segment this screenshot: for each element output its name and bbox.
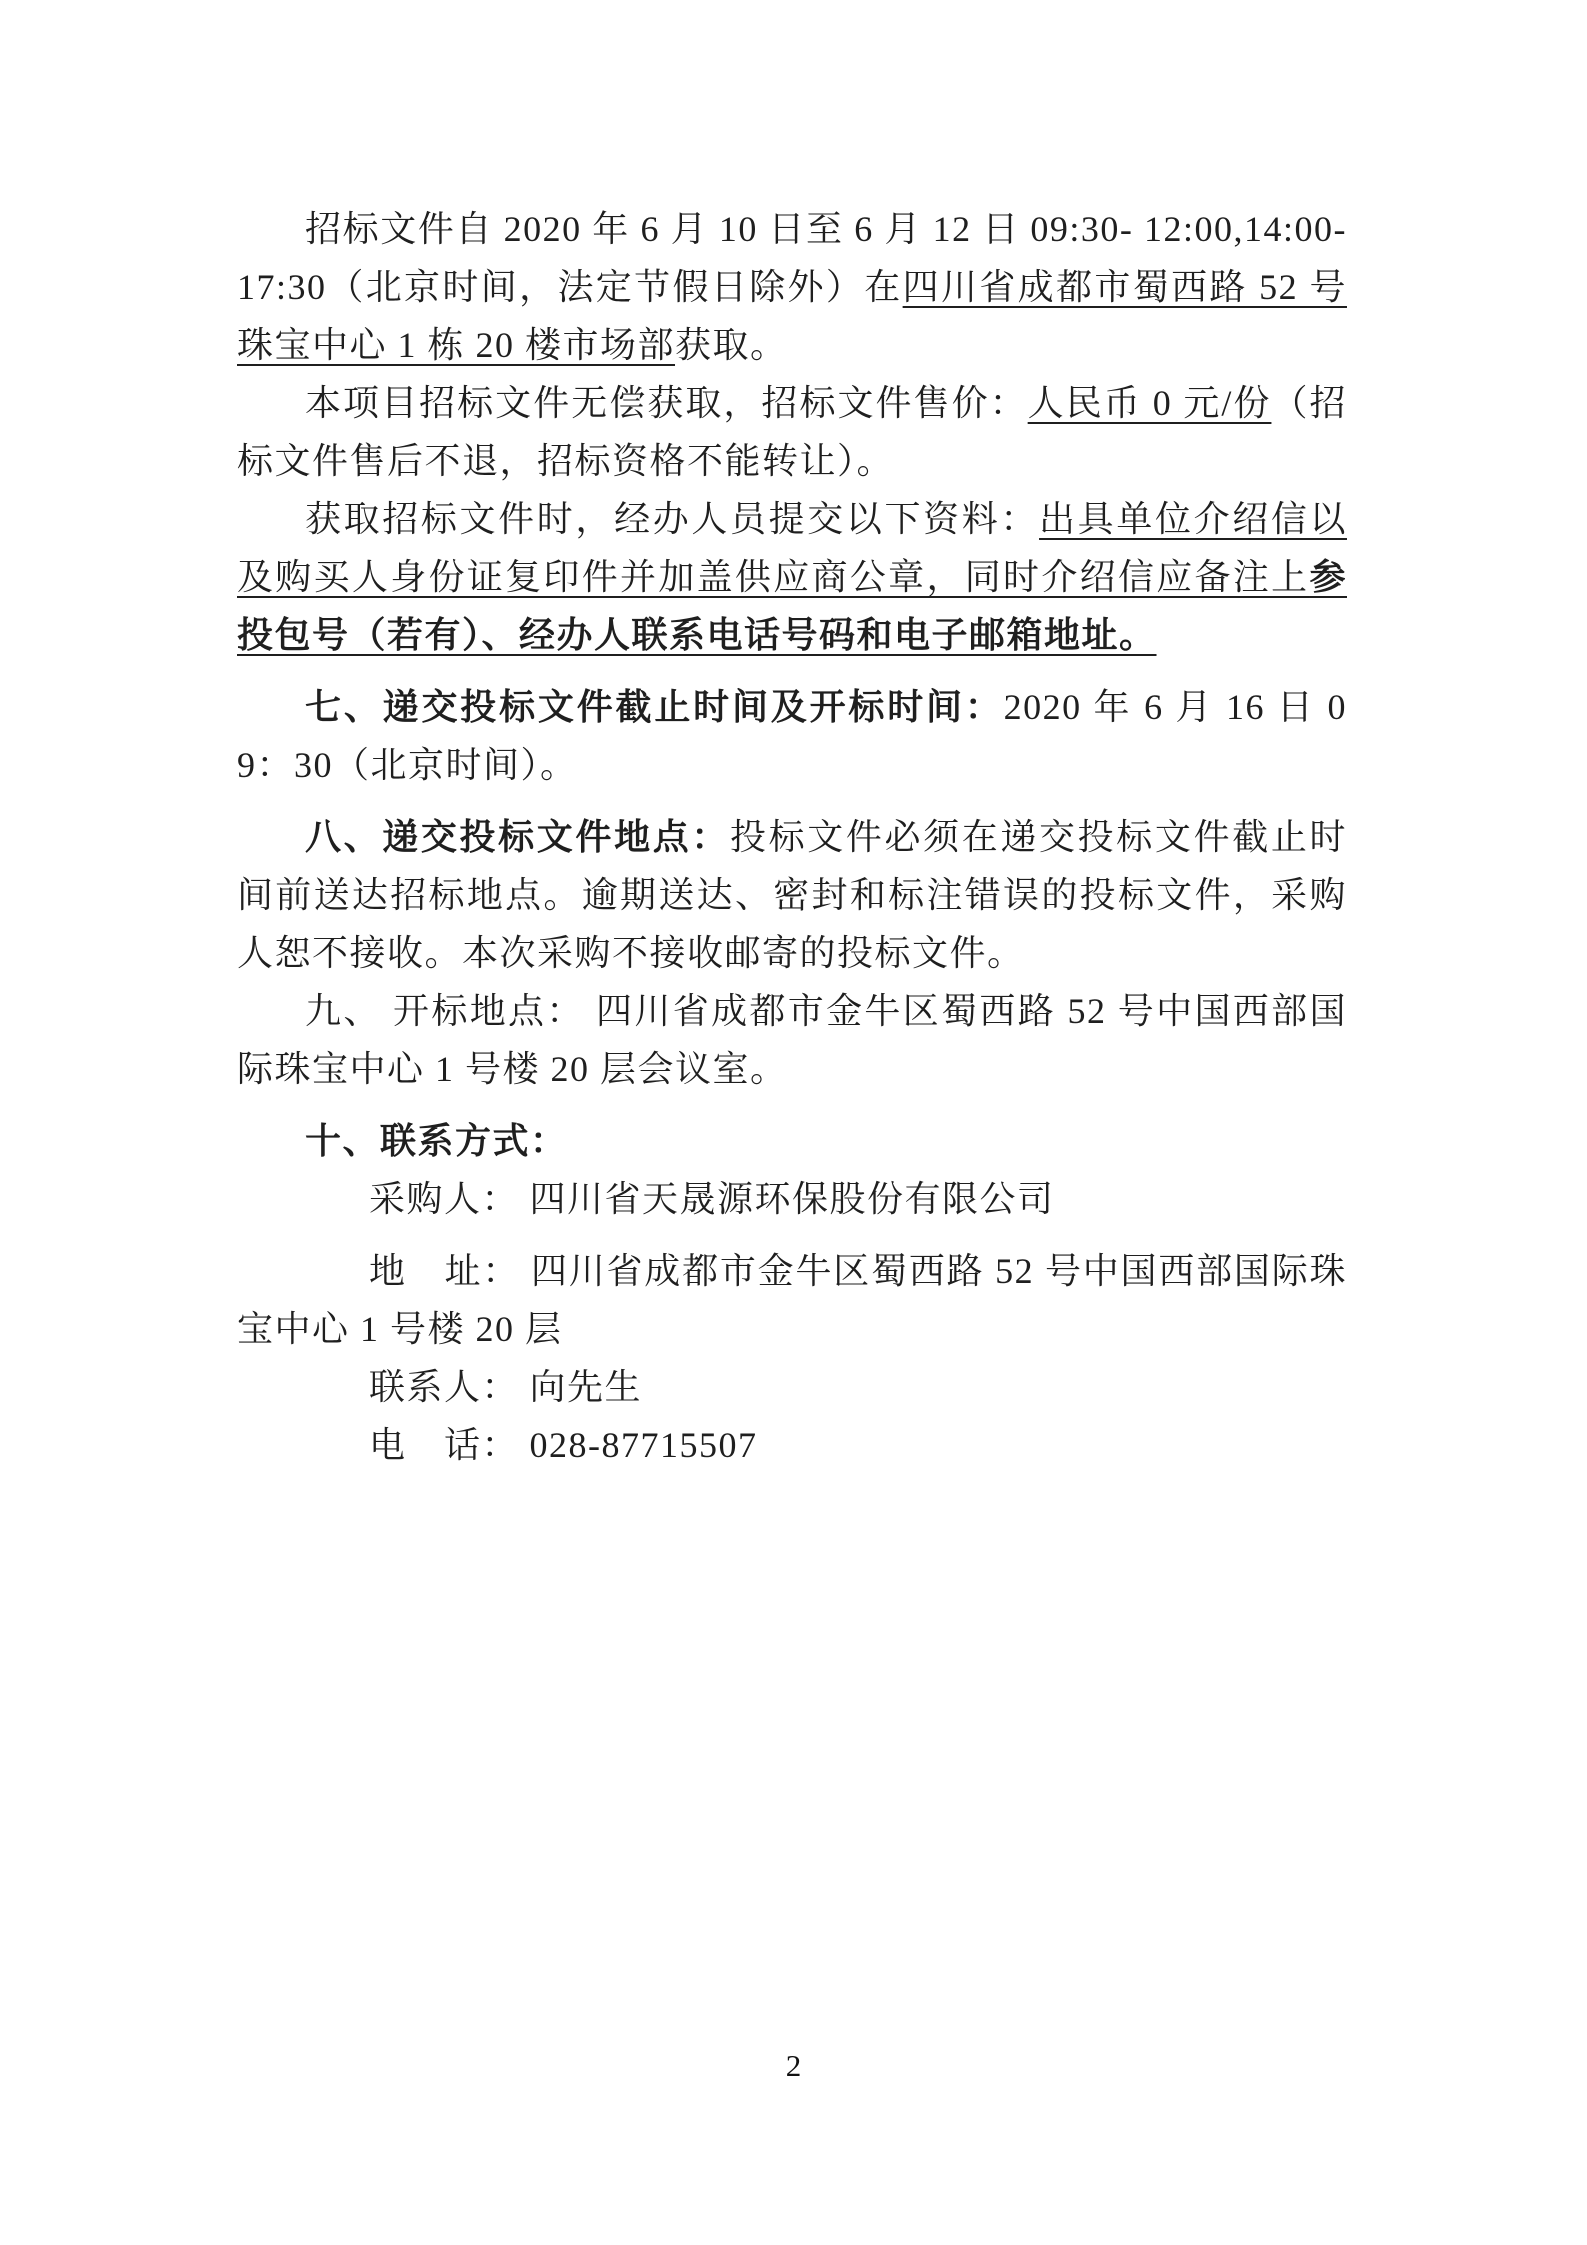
text-run: 九、 开标地点： 四川省成都市金牛区蜀西路 52 号中国西部国际珠宝中心 1 号… <box>237 991 1347 1089</box>
text-run: 联系人： 向先生 <box>369 1367 642 1407</box>
paragraph: 七、递交投标文件截止时间及开标时间：2020 年 6 月 16 日 09：30（… <box>237 678 1347 794</box>
text-run: 八、递交投标文件地点： <box>305 816 730 857</box>
paragraph: 采购人： 四川省天晟源环保股份有限公司 <box>237 1170 1347 1228</box>
text-run: 七、递交投标文件截止时间及开标时间： <box>305 686 1004 727</box>
paragraph: 电 话： 028-87715507 <box>237 1416 1347 1474</box>
paragraph: 本项目招标文件无偿获取，招标文件售价：人民币 0 元/份（招标文件售后不退，招标… <box>237 374 1347 490</box>
paragraph: 八、递交投标文件地点：投标文件必须在递交投标文件截止时间前送达招标地点。逾期送达… <box>237 808 1347 982</box>
paragraph: 获取招标文件时，经办人员提交以下资料：出具单位介绍信以及购买人身份证复印件并加盖… <box>237 490 1347 664</box>
text-run: 获取招标文件时，经办人员提交以下资料： <box>305 499 1039 539</box>
text-run: 本项目招标文件无偿获取，招标文件售价： <box>305 383 1028 423</box>
document-body: 招标文件自 2020 年 6 月 10 日至 6 月 12 日 09:30- 1… <box>237 200 1347 1474</box>
paragraph: 九、 开标地点： 四川省成都市金牛区蜀西路 52 号中国西部国际珠宝中心 1 号… <box>237 982 1347 1098</box>
paragraph: 地 址： 四川省成都市金牛区蜀西路 52 号中国西部国际珠宝中心 1 号楼 20… <box>237 1242 1347 1358</box>
paragraph: 联系人： 向先生 <box>237 1358 1347 1416</box>
paragraph: 招标文件自 2020 年 6 月 10 日至 6 月 12 日 09:30- 1… <box>237 200 1347 374</box>
document-page: 招标文件自 2020 年 6 月 10 日至 6 月 12 日 09:30- 1… <box>0 0 1587 2245</box>
text-run: 地 址： 四川省成都市金牛区蜀西路 52 号中国西部国际珠宝中心 1 号楼 20… <box>237 1251 1347 1349</box>
text-run: 人民币 0 元/份 <box>1028 383 1272 423</box>
paragraph: 十、联系方式： <box>237 1112 1347 1170</box>
text-run: 电 话： 028-87715507 <box>369 1425 758 1465</box>
page-number: 2 <box>0 2046 1587 2086</box>
text-run: 采购人： 四川省天晟源环保股份有限公司 <box>369 1179 1055 1219</box>
text-run: 获取。 <box>675 325 788 365</box>
text-run: 十、联系方式： <box>305 1120 568 1161</box>
